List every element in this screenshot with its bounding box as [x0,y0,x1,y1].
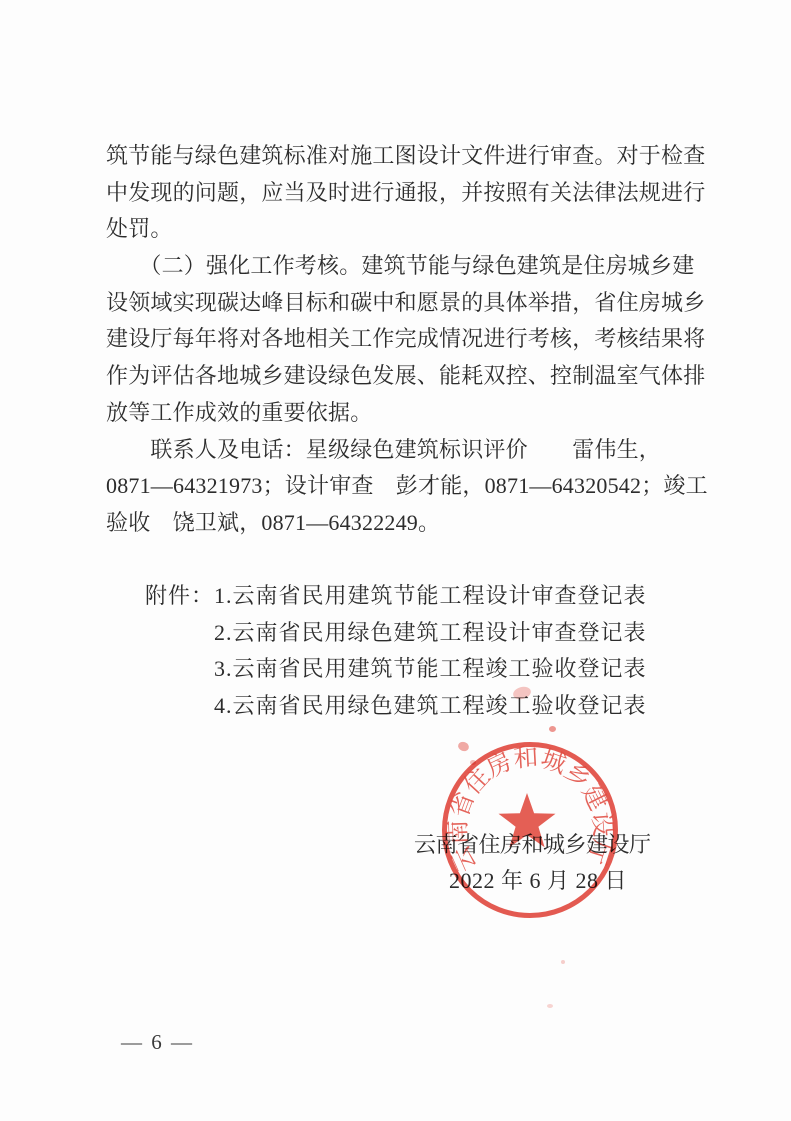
body-line: 中发现的问题，应当及时进行通报，并按照有关法律法规进行 [106,175,706,212]
official-seal-stamp: 云南省住房和城乡建设厅 [435,735,625,925]
document-page: 筑节能与绿色建筑标准对施工图设计文件进行审查。对于检查 中发现的问题，应当及时进… [0,0,791,1121]
body-line: （二）强化工作考核。建筑节能与绿色建筑是住房城乡建 [106,248,706,285]
body-line: 0871—64321973；设计审查 彭才能，0871—64320542；竣工 [106,468,706,505]
ink-speckle [549,726,556,732]
attachment-item: 4.云南省民用绿色建筑工程竣工验收登记表 [214,688,647,725]
page-number: — 6 — [121,1030,194,1055]
stamp-star-icon [499,793,556,847]
body-line: 建设厅每年将对各地相关工作完成情况进行考核，考核结果将 [106,321,706,358]
attachment-item: 3.云南省民用建筑节能工程竣工验收登记表 [214,651,647,688]
attachment-item: 1.云南省民用建筑节能工程设计审查登记表 [214,578,647,615]
body-line: 处罚。 [106,211,706,248]
ink-speckle [470,760,476,765]
body-line: 联系人及电话：星级绿色建筑标识评价 雷伟生， [106,432,706,469]
attachment-item: 2.云南省民用绿色建筑工程设计审查登记表 [214,615,647,652]
attachments-list: 1.云南省民用建筑节能工程设计审查登记表 2.云南省民用绿色建筑工程设计审查登记… [214,578,647,725]
document-body: 筑节能与绿色建筑标准对施工图设计文件进行审查。对于检查 中发现的问题，应当及时进… [106,138,706,542]
ink-speckle [547,1004,553,1008]
attachments-block: 附件： 1.云南省民用建筑节能工程设计审查登记表 2.云南省民用绿色建筑工程设计… [145,578,647,725]
body-line: 设领域实现碳达峰目标和碳中和愿景的具体举措，省住房城乡 [106,285,706,322]
ink-speckle [561,960,565,964]
body-line: 验收 饶卫斌，0871—64322249。 [106,505,706,542]
body-line: 放等工作成效的重要依据。 [106,395,706,432]
attachments-label: 附件： [145,578,214,615]
body-line: 作为评估各地城乡建设绿色发展、能耗双控、控制温室气体排 [106,358,706,395]
body-line: 筑节能与绿色建筑标准对施工图设计文件进行审查。对于检查 [106,138,706,175]
